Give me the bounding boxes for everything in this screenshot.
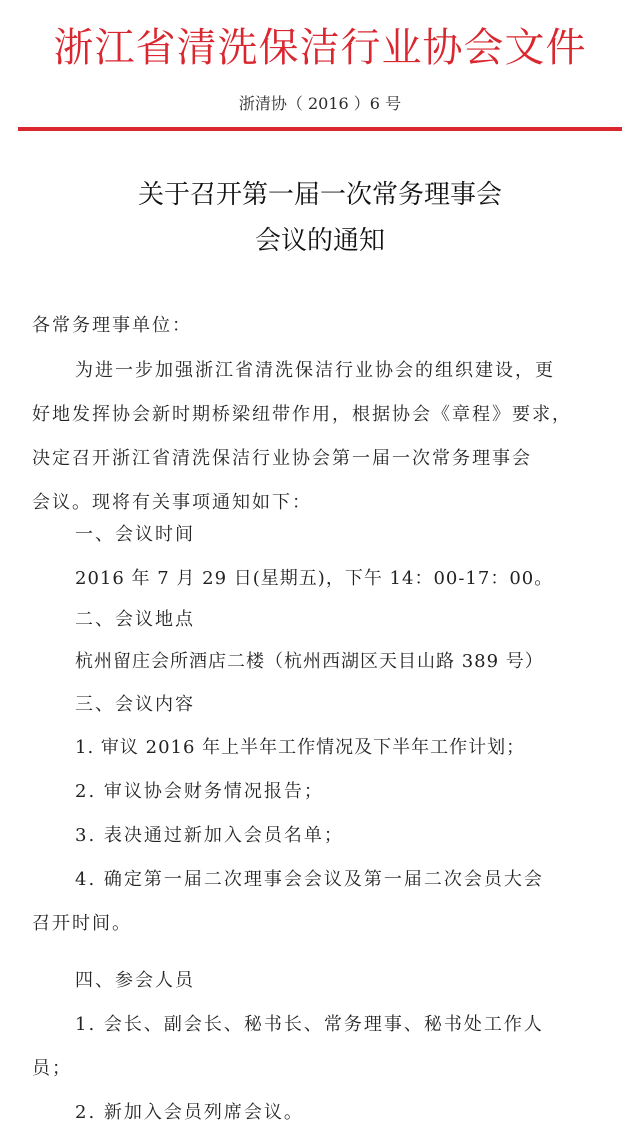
intro-line: 决定召开浙江省清洗保洁行业协会第一届一次常务理事会 [32,446,532,472]
section-heading-content: 三、会议内容 [75,692,195,718]
section-heading-attendees: 四、参会人员 [75,968,195,994]
intro-line: 好地发挥协会新时期桥梁纽带作用，根据协会《章程》要求， [32,402,572,428]
intro-line: 会议。现将有关事项通知如下： [32,490,312,516]
meeting-time: 2016 年 7 月 29 日(星期五)，下午 14：00-17：00。 [75,566,553,592]
notice-title-line-1: 关于召开第一届一次常务理事会 [0,172,640,218]
salutation: 各常务理事单位： [32,313,192,339]
header-divider [18,127,622,131]
notice-title-line-2: 会议的通知 [0,218,640,264]
attendee-item-continued: 员； [32,1056,72,1082]
agenda-item: 1. 审议 2016 年上半年工作情况及下半年工作计划； [75,735,525,761]
agenda-item: 3. 表决通过新加入会员名单； [75,823,344,849]
section-heading-time: 一、会议时间 [75,522,195,548]
notice-title: 关于召开第一届一次常务理事会 会议的通知 [0,172,640,264]
organization-title: 浙江省清洗保洁行业协会文件 [0,22,640,74]
agenda-item: 2. 审议协会财务情况报告； [75,779,324,805]
attendee-item: 2. 新加入会员列席会议。 [75,1100,304,1126]
agenda-item: 4. 确定第一届二次理事会会议及第一届二次会员大会 [75,867,544,893]
attendee-item: 1. 会长、副会长、秘书长、常务理事、秘书处工作人 [75,1012,544,1038]
meeting-location: 杭州留庄会所酒店二楼（杭州西湖区天目山路 389 号） [75,649,544,675]
agenda-item-continued: 召开时间。 [32,911,132,937]
document-number: 浙清协（ 2016 ）6 号 [0,92,640,116]
section-heading-location: 二、会议地点 [75,607,195,633]
intro-line: 为进一步加强浙江省清洗保洁行业协会的组织建设，更 [75,358,555,384]
